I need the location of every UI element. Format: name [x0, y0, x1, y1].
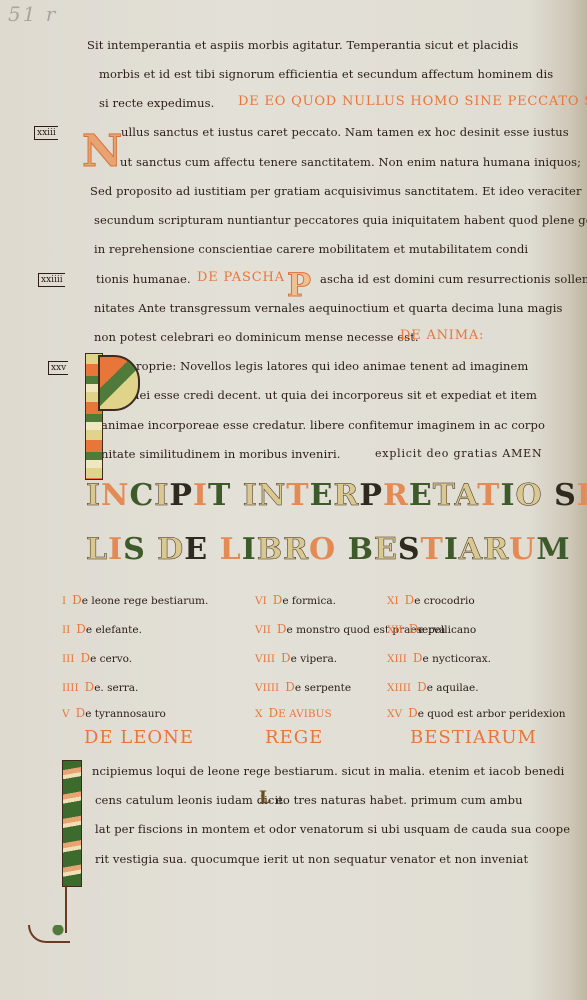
toc-title: e nycticorax.: [423, 653, 491, 665]
toc-entry: XVDe quod est arbor peridexion: [387, 706, 566, 720]
toc-entry: XIIIDe nycticorax.: [387, 651, 491, 665]
chapter-mark: xxv: [48, 361, 68, 375]
toc-number: I: [62, 595, 66, 607]
toc-entry: VIDe formica.: [255, 593, 336, 607]
text-line: morbis et id est tibi signorum efficient…: [99, 67, 553, 81]
subheading-bestiarum: BESTIARUM: [410, 727, 537, 748]
toc-entry: VDe tyrannosauro: [62, 706, 166, 720]
toc-number: XIIII: [387, 682, 411, 694]
text-line: rit vestigia sua. quocumque ierit ut non…: [95, 852, 528, 866]
text-line: non potest celebrari eo dominicum mense …: [94, 330, 419, 344]
toc-title: e cervo.: [90, 653, 132, 665]
toc-initial: D: [76, 622, 86, 636]
toc-number: IIII: [62, 682, 79, 694]
text-line: nitates Ante transgressum vernales aequi…: [94, 301, 563, 315]
toc-initial: D: [80, 651, 90, 665]
subheading-de-leone: DE LEONE: [84, 727, 194, 748]
text-line: secundum scripturam nuntiantur peccatore…: [94, 213, 587, 227]
text-line: si recte expedimus.: [99, 96, 214, 110]
toc-initial: D: [409, 622, 419, 636]
toc-number: XII: [387, 624, 403, 636]
title-line-2: LIS DE LIBRO BESTIARUM: [86, 532, 571, 567]
folio-number: 51 r: [8, 2, 57, 26]
toc-entry: XIIDe pellicano: [387, 622, 476, 636]
text-line: tionis humanae.: [96, 272, 191, 286]
toc-number: VI: [255, 595, 267, 607]
text-line: lat per fiscions in montem et odor venat…: [95, 822, 570, 836]
text-line: cens catulum leonis iudam dicit.: [95, 793, 287, 807]
toc-initial: D: [405, 593, 415, 607]
toc-title: e. serra.: [94, 682, 138, 694]
toc-number: VII: [255, 624, 271, 636]
text-line: animae incorporeae esse credatur. libere…: [101, 418, 545, 432]
initial-l-leo: L: [259, 788, 271, 808]
chapter-mark: xxiiii: [38, 273, 65, 287]
text-line: ncipiemus loqui de leone rege bestiarum.…: [92, 764, 564, 778]
toc-title: e pellicano: [418, 624, 476, 636]
text-line: Sit intemperantia et aspiis morbis agita…: [87, 38, 518, 52]
toc-initial: D: [273, 593, 283, 607]
text-line: ut sanctus cum affectu tenere sanctitate…: [120, 155, 581, 169]
rubric-heading: DE EO QUOD NULLUS HOMO SINE PECCATO SIT: [238, 94, 587, 109]
toc-title: e tyrannosauro: [85, 708, 166, 720]
toc-title: e serpente: [295, 682, 351, 694]
text-line: roprie: Novellos legis latores qui ideo …: [136, 359, 528, 373]
toc-number: VIII: [255, 653, 275, 665]
toc-title: e formica.: [282, 595, 336, 607]
toc-title: e quod est arbor peridexion: [418, 708, 566, 720]
rubric-heading: DE PASCHA: [197, 270, 285, 285]
initial-n-ornament: N: [82, 126, 122, 177]
text-line: eo tres naturas habet. primum cum ambu: [276, 793, 523, 807]
toc-title: e leone rege bestiarum.: [82, 595, 209, 607]
toc-number: XIII: [387, 653, 407, 665]
toc-initial: D: [417, 680, 427, 694]
toc-initial: D: [85, 680, 95, 694]
toc-entry: XIIIIDe aquilae.: [387, 680, 479, 694]
rubric-heading: explicit deo gratias AMEN: [375, 447, 542, 460]
toc-initial: D: [72, 593, 82, 607]
toc-number: VIIII: [255, 682, 279, 694]
toc-title: e elefante.: [86, 624, 142, 636]
toc-entry: IIIDe cervo.: [62, 651, 132, 665]
toc-title: e crocodrio: [414, 595, 474, 607]
toc-title: e aquilae.: [427, 682, 479, 694]
text-line: Sed proposito ad iustitiam per gratiam a…: [90, 184, 582, 198]
toc-number: V: [62, 708, 70, 720]
toc-number: XV: [387, 708, 402, 720]
text-line: in reprehensione conscientiae carere mob…: [94, 242, 528, 256]
toc-entry: VIIIIDe serpente: [255, 680, 351, 694]
text-line: nitate similitudinem in moribus inveniri…: [101, 447, 340, 461]
toc-number: III: [62, 653, 74, 665]
text-line: ascha id est domini cum resurrectionis s…: [320, 272, 587, 286]
toc-initial: D: [408, 706, 418, 720]
toc-title: e vipera.: [291, 653, 337, 665]
toc-title: E AVIBUS: [278, 708, 332, 720]
toc-initial: D: [76, 706, 86, 720]
toc-entry: XDE AVIBUS: [255, 706, 332, 720]
toc-number: X: [255, 708, 262, 720]
toc-initial: D: [268, 706, 278, 720]
toc-entry: VIIIDe vipera.: [255, 651, 337, 665]
toc-entry: IIIIDe. serra.: [62, 680, 138, 694]
subheading-rege: REGE: [265, 727, 323, 748]
chapter-mark: xxiii: [34, 126, 58, 140]
initial-i-ornament: [62, 760, 82, 887]
rubric-heading: DE ANIMA:: [400, 328, 484, 343]
text-line: dei esse credi decent. ut quia dei incor…: [132, 388, 537, 402]
toc-number: II: [62, 624, 70, 636]
initial-p-ornament: P: [287, 266, 311, 304]
toc-initial: D: [285, 680, 295, 694]
toc-entry: XIDe crocodrio: [387, 593, 475, 607]
toc-initial: D: [413, 651, 423, 665]
toc-initial: D: [277, 622, 287, 636]
toc-entry: IIDe elefante.: [62, 622, 142, 636]
initial-p-bowl-ornament: [98, 355, 140, 411]
toc-entry: IDe leone rege bestiarum.: [62, 593, 208, 607]
toc-initial: D: [281, 651, 291, 665]
initial-i-foot-ornament: [28, 925, 70, 943]
toc-number: XI: [387, 595, 399, 607]
title-line-1: INCIPIT INTERPRETATIO SPRITA: [86, 478, 587, 513]
text-line: ullus sanctus et iustus caret peccato. N…: [121, 125, 569, 139]
